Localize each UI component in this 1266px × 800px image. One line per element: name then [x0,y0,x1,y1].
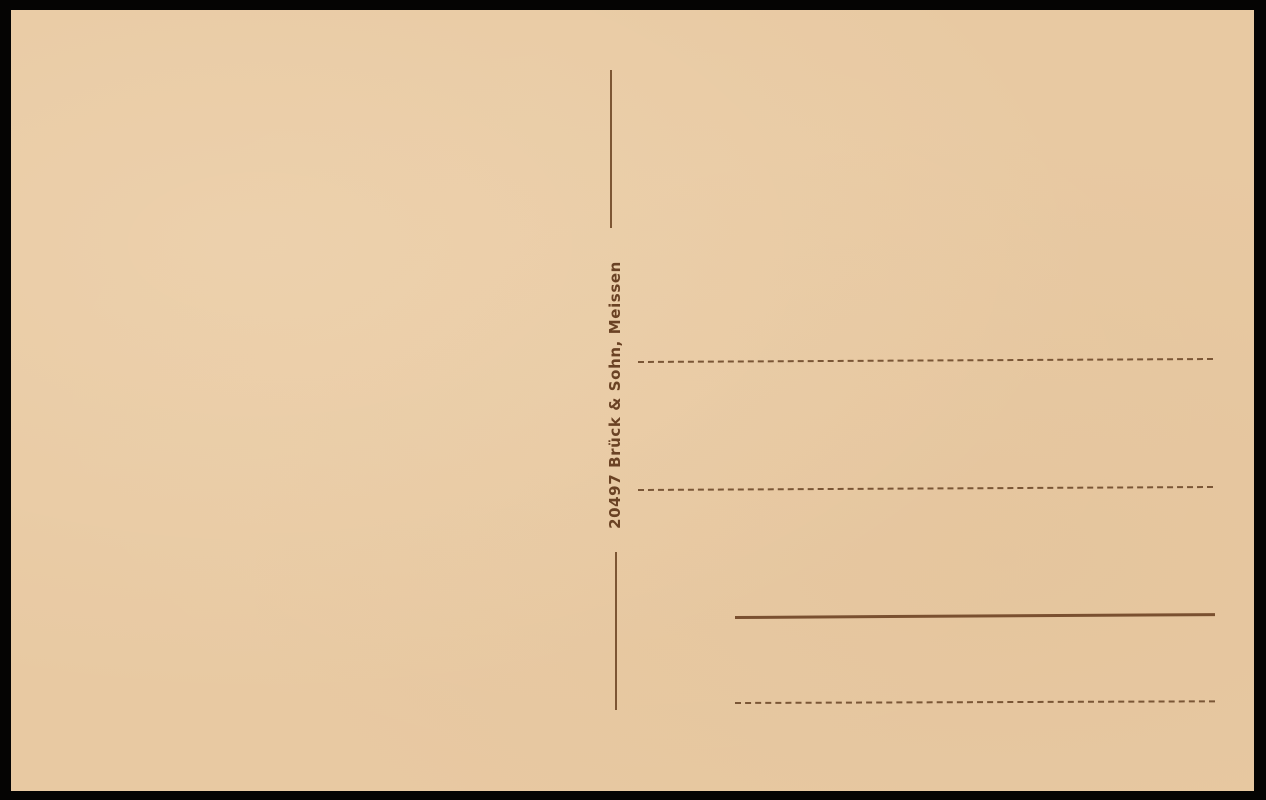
scan-background: 20497 Brück & Sohn, Meissen [0,0,1266,800]
address-line-4 [735,700,1215,704]
publisher-imprint: 20497 Brück & Sohn, Meissen [606,261,624,529]
address-line-1 [638,358,1213,363]
address-line-2 [638,486,1213,491]
address-line-3 [735,613,1215,619]
divider-line-top [610,70,612,228]
divider-line-bottom [615,552,617,710]
postcard-back: 20497 Brück & Sohn, Meissen [11,10,1254,791]
